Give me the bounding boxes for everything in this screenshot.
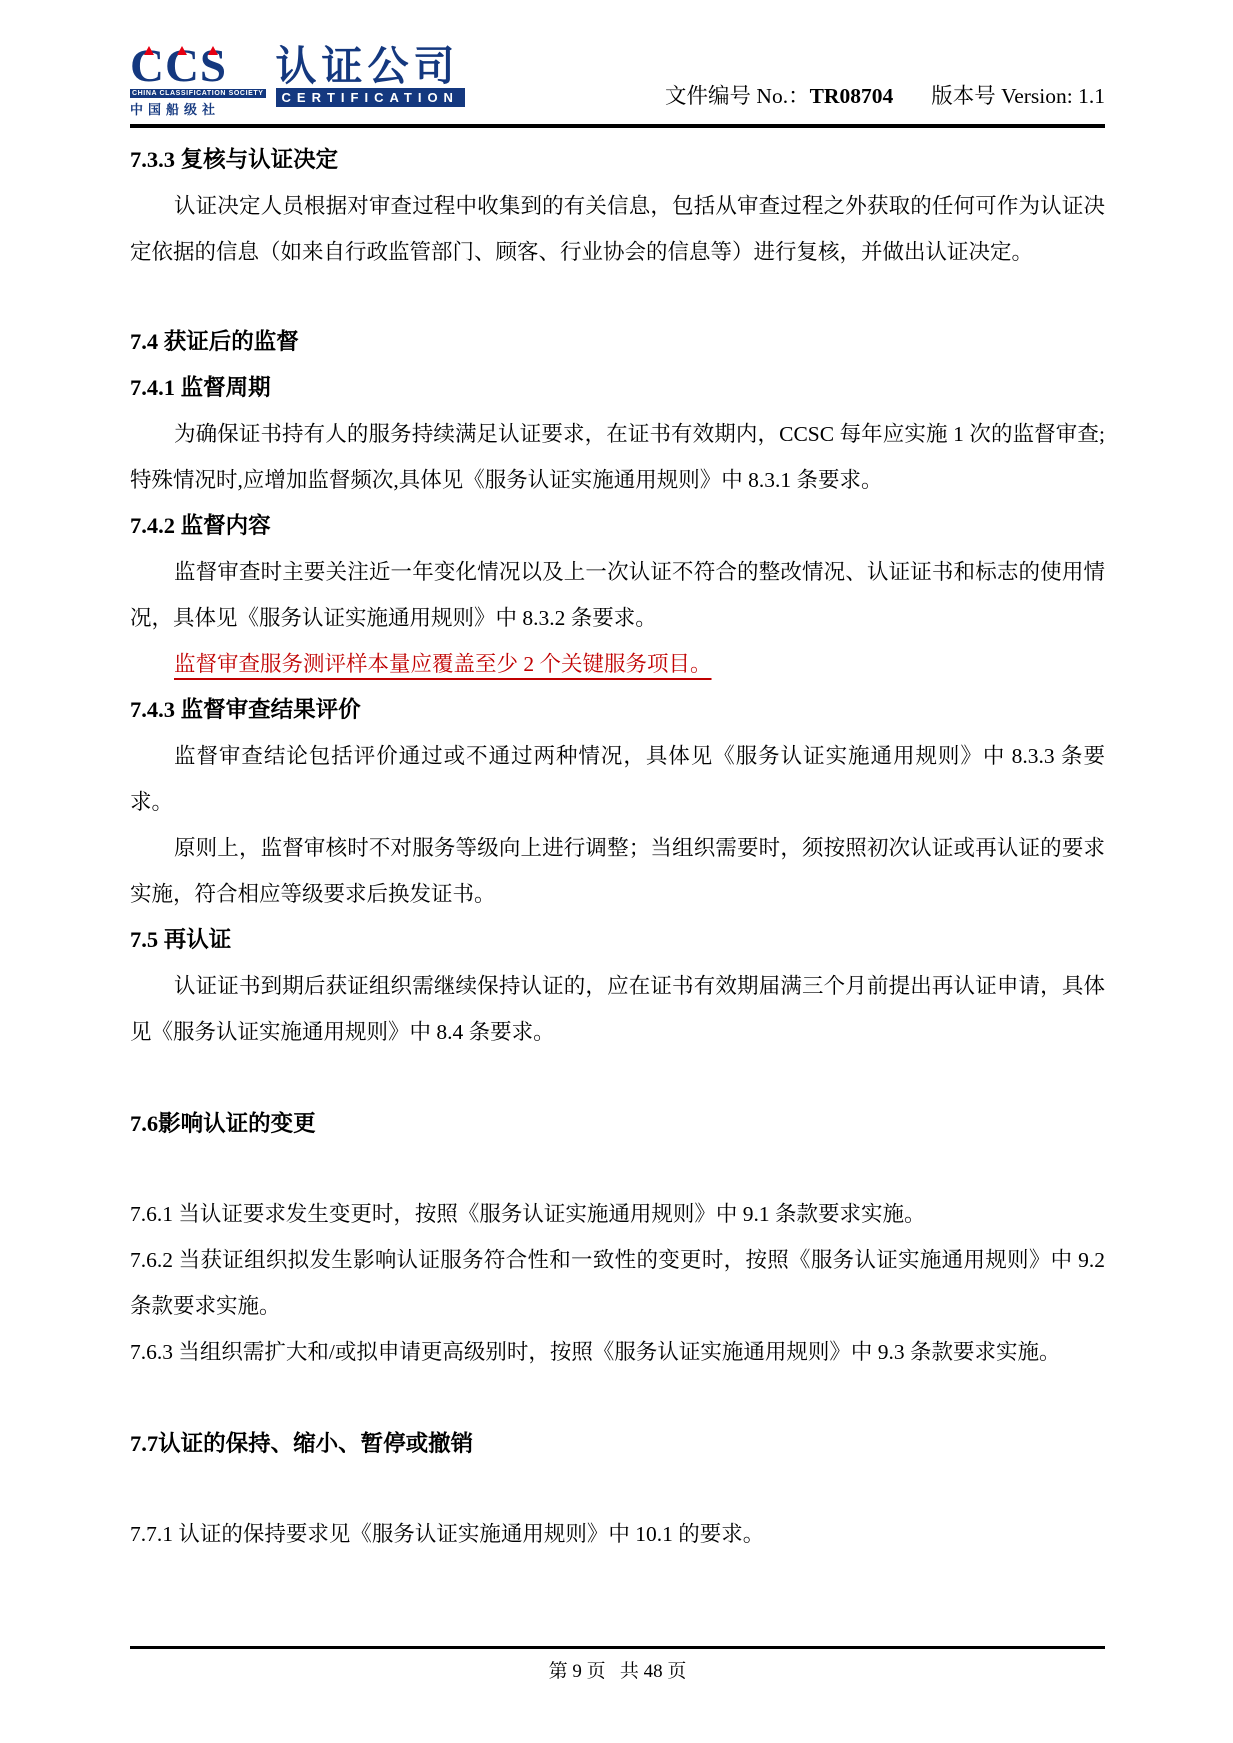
page-footer: 第 9 页 共 48 页 xyxy=(130,1646,1105,1683)
ccs-society-name: 中国船级社 xyxy=(130,99,266,118)
ccs-logo-left: CCS CHINA CLASSIFICATION SOCIETY 中国船级社 xyxy=(130,44,266,118)
paragraph: 监督审查服务测评样本量应覆盖至少 2 个关键服务项目。 xyxy=(130,641,1105,687)
version-value: 1.1 xyxy=(1078,84,1105,108)
doc-no-label: 文件编号 No.： xyxy=(665,84,810,108)
ccs-society-badge: CHINA CLASSIFICATION SOCIETY xyxy=(130,89,266,98)
section-heading: 7.5 再认证 xyxy=(130,917,1105,963)
paragraph: 7.6.3 当组织需扩大和/或拟申请更高级别时，按照《服务认证实施通用规则》中 … xyxy=(130,1329,1105,1375)
ccs-red-accent-icon xyxy=(144,46,154,55)
version-label: 版本号 Version: xyxy=(931,84,1078,108)
paragraph: 原则上，监督审核时不对服务等级向上进行调整；当组织需要时，须按照初次认证或再认证… xyxy=(130,825,1105,917)
paragraph: 7.7.1 认证的保持要求见《服务认证实施通用规则》中 10.1 的要求。 xyxy=(130,1511,1105,1557)
logo-brand-name: 认证公司 xyxy=(276,46,465,86)
paragraph: 认证证书到期后获证组织需继续保持认证的，应在证书有效期届满三个月前提出再认证申请… xyxy=(130,963,1105,1055)
ccs-red-accent-icon xyxy=(208,46,218,55)
page-number: 第 9 页 共 48 页 xyxy=(130,1649,1105,1683)
logo-certification-bar: CERTIFICATION xyxy=(276,88,465,107)
document-page: CCS CHINA CLASSIFICATION SOCIETY 中国船级社 认… xyxy=(0,0,1233,1743)
paragraph: 为确保证书持有人的服务持续满足认证要求，在证书有效期内，CCSC 每年应实施 1… xyxy=(130,411,1105,503)
paragraph: 7.6.1 当认证要求发生变更时，按照《服务认证实施通用规则》中 9.1 条款要… xyxy=(130,1191,1105,1237)
page-header: CCS CHINA CLASSIFICATION SOCIETY 中国船级社 认… xyxy=(130,0,1105,118)
ccs-logo: CCS CHINA CLASSIFICATION SOCIETY 中国船级社 认… xyxy=(130,44,465,118)
section-heading: 7.3.3 复核与认证决定 xyxy=(130,137,1105,183)
section-heading: 7.4.3 监督审查结果评价 xyxy=(130,687,1105,733)
ccs-logo-right: 认证公司 CERTIFICATION xyxy=(276,44,465,107)
ccs-red-accent-icon xyxy=(177,46,187,55)
doc-info: 文件编号 No.：TR08704版本号 Version: 1.1 xyxy=(665,79,1105,118)
section-heading: 7.4.1 监督周期 xyxy=(130,365,1105,411)
doc-no-value: TR08704 xyxy=(810,84,894,108)
paragraph: 认证决定人员根据对审查过程中收集到的有关信息，包括从审查过程之外获取的任何可作为… xyxy=(130,183,1105,275)
section-heading: 7.4.2 监督内容 xyxy=(130,503,1105,549)
section-heading: 7.7认证的保持、缩小、暂停或撤销 xyxy=(130,1421,1105,1467)
paragraph: 监督审查结论包括评价通过或不通过两种情况，具体见《服务认证实施通用规则》中 8.… xyxy=(130,733,1105,825)
paragraph: 7.6.2 当获证组织拟发生影响认证服务符合性和一致性的变更时，按照《服务认证实… xyxy=(130,1237,1105,1329)
paragraph: 监督审查时主要关注近一年变化情况以及上一次认证不符合的整改情况、认证证书和标志的… xyxy=(130,549,1105,641)
document-body: 7.3.3 复核与认证决定认证决定人员根据对审查过程中收集到的有关信息，包括从审… xyxy=(130,128,1105,1557)
section-heading: 7.6影响认证的变更 xyxy=(130,1101,1105,1147)
section-heading: 7.4 获证后的监督 xyxy=(130,319,1105,365)
